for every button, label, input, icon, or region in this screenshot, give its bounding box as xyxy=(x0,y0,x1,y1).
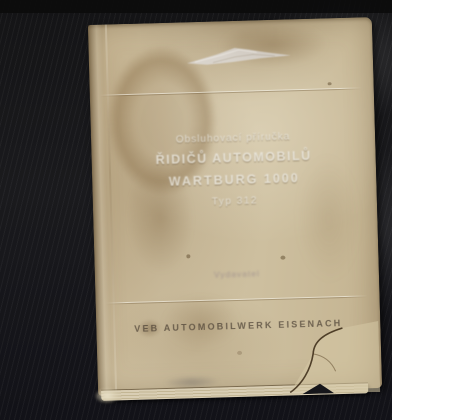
title-line-2: ŘIDIČŮ AUTOMOBILŮ xyxy=(92,147,376,169)
white-margin xyxy=(392,0,460,420)
winged-emblem-icon xyxy=(187,43,292,72)
title-type: Typ 312 xyxy=(93,192,377,211)
embossed-rule-top xyxy=(100,87,362,97)
title-subtitle: Obsluhovací příručka xyxy=(91,129,375,148)
book-cover: Obsluhovací příručka ŘIDIČŮ AUTOMOBILŮ W… xyxy=(88,17,382,396)
torn-corner xyxy=(278,310,380,395)
dirt-speck xyxy=(328,82,332,85)
title-model: WARTBURG 1000 xyxy=(92,169,376,191)
photo-background: Obsluhovací příručka ŘIDIČŮ AUTOMOBILŮ W… xyxy=(0,0,392,420)
faint-embossed-text: Vydavatel xyxy=(95,265,379,283)
dirt-speck xyxy=(280,256,285,260)
dirt-speck xyxy=(237,351,242,355)
product-photo: Obsluhovací příručka ŘIDIČŮ AUTOMOBILŮ W… xyxy=(0,0,460,420)
rule-shadow xyxy=(106,296,368,304)
cover-title-block: Obsluhovací příručka ŘIDIČŮ AUTOMOBILŮ W… xyxy=(91,129,377,211)
background-top-shadow xyxy=(0,0,392,13)
rule-shadow xyxy=(100,88,362,96)
embossed-rule-bottom xyxy=(106,295,368,305)
dirt-speck xyxy=(186,254,190,258)
